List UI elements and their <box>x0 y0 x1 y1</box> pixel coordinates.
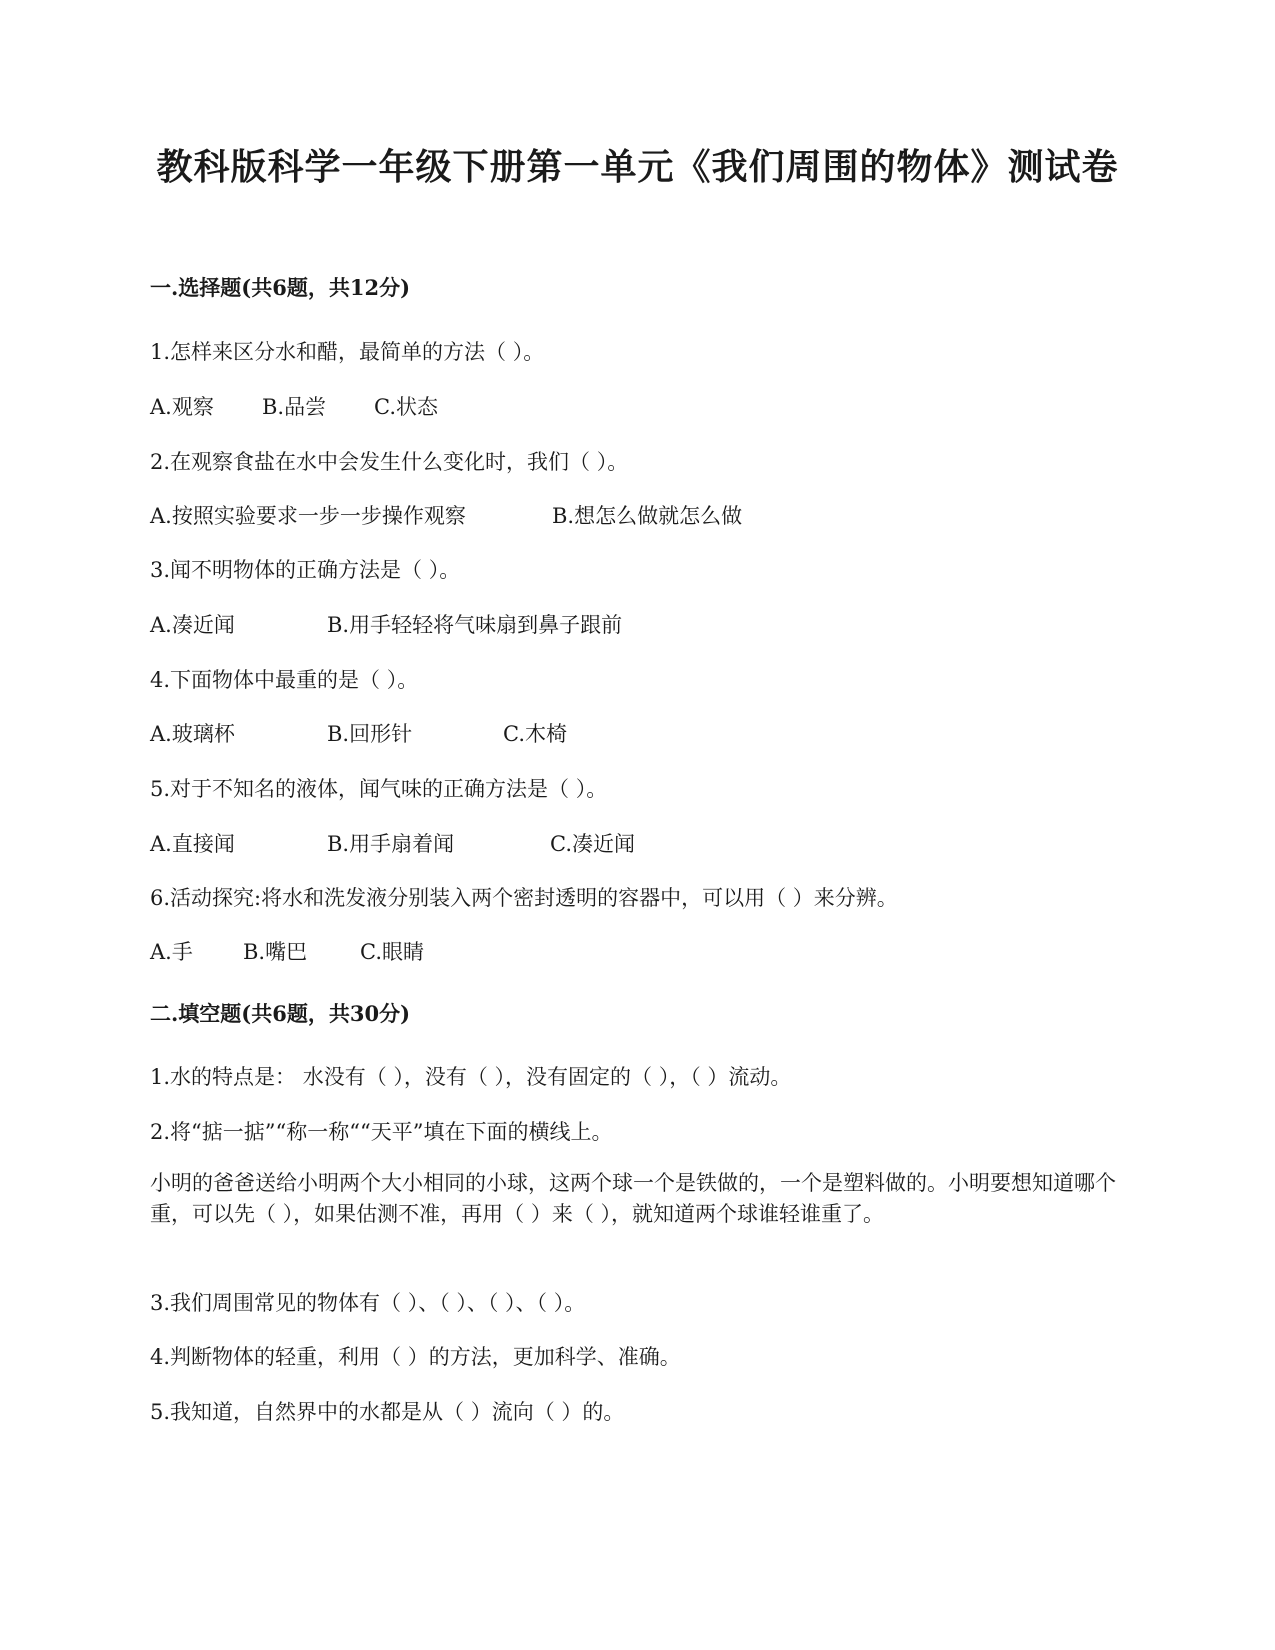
option-c: C.凑近闻 <box>550 828 635 858</box>
option-b: B.用手轻轻将气味扇到鼻子跟前 <box>327 609 622 639</box>
question-6: 6.活动探究:将水和洗发液分别装入两个密封透明的容器中，可以用（ ）来分辨。 <box>150 882 898 912</box>
fill-question-1: 1.水的特点是： 水没有（ ），没有（ ），没有固定的（ ），（ ）流动。 <box>150 1061 791 1091</box>
option-b: B.品尝 <box>262 391 326 421</box>
fill-question-3: 3.我们周围常见的物体有（ ）、（ ）、（ ）、（ ）。 <box>150 1287 585 1317</box>
question-2: 2.在观察食盐在水中会发生什么变化时，我们（ ）。 <box>150 446 628 476</box>
fill-question-2: 2.将“掂一掂”“称一称““天平”填在下面的横线上。 <box>150 1116 612 1146</box>
option-c: C.眼睛 <box>360 936 424 966</box>
option-a: A.观察 <box>150 391 214 421</box>
question-3: 3.闻不明物体的正确方法是（ ）。 <box>150 554 460 584</box>
option-c: C.木椅 <box>503 718 567 748</box>
option-a: A.手 <box>150 936 193 966</box>
page-title: 教科版科学一年级下册第一单元《我们周围的物体》测试卷 <box>150 142 1125 194</box>
section-heading-fill-blank: 二.填空题(共6题，共30分) <box>150 998 410 1028</box>
fill-question-5: 5.我知道，自然界中的水都是从（ ）流向（ ）的。 <box>150 1396 624 1426</box>
option-a: A.直接闻 <box>150 828 235 858</box>
question-1: 1.怎样来区分水和醋，最简单的方法（ ）。 <box>150 336 544 366</box>
option-a: A.按照实验要求一步一步操作观察 <box>150 500 466 530</box>
fill-question-2-passage: 小明的爸爸送给小明两个大小相同的小球，这两个球一个是铁做的，一个是塑料做的。小明… <box>150 1168 1125 1230</box>
section-heading-choice: 一.选择题(共6题，共12分) <box>150 272 410 302</box>
option-c: C.状态 <box>374 391 438 421</box>
fill-question-4: 4.判断物体的轻重，利用（ ）的方法，更加科学、准确。 <box>150 1341 681 1371</box>
option-a: A.凑近闻 <box>150 609 235 639</box>
option-b: B.想怎么做就怎么做 <box>552 500 742 530</box>
option-b: B.嘴巴 <box>243 936 307 966</box>
question-5: 5.对于不知名的液体，闻气味的正确方法是（ ）。 <box>150 773 607 803</box>
option-b: B.回形针 <box>327 718 412 748</box>
option-b: B.用手扇着闻 <box>327 828 454 858</box>
option-a: A.玻璃杯 <box>150 718 235 748</box>
question-4: 4.下面物体中最重的是（ ）。 <box>150 664 418 694</box>
